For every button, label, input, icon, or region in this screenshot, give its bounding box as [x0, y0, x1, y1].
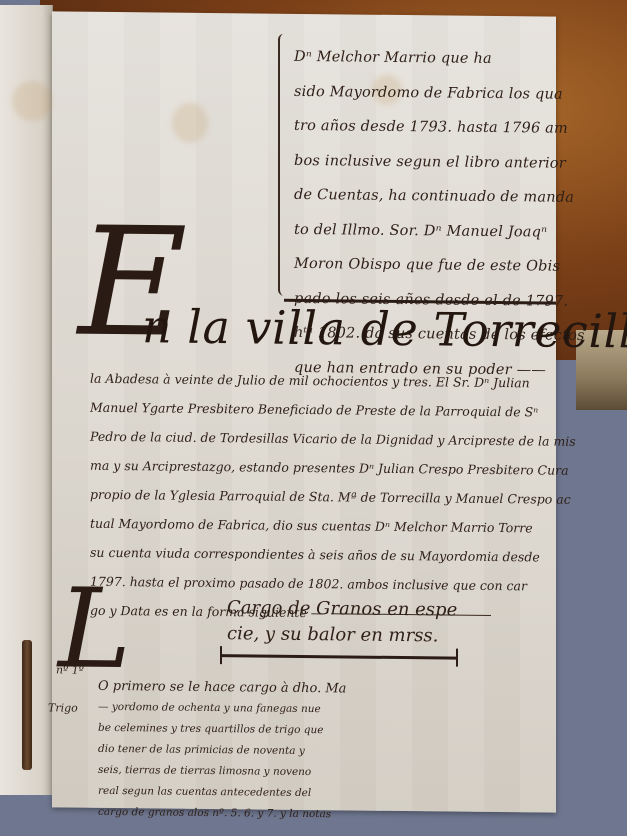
- curly-brace-mark: [278, 34, 290, 296]
- entry-line: — yordomo de ochenta y una fanegas nue: [98, 697, 328, 720]
- header-line: bos inclusive segun el libro anterior: [294, 143, 554, 180]
- header-line: Moron Obispo que fue de este Obis: [294, 247, 554, 284]
- entry-line: dio tener de las primicias de noventa y: [98, 739, 328, 762]
- entry-line: O primero se le hace cargo à dho. Ma: [98, 676, 328, 699]
- water-stain: [12, 81, 52, 121]
- document-title: n la villa de Torrecilla de: [142, 298, 627, 360]
- section-heading: Cargo de Granos en espe cie, y su balor …: [227, 595, 457, 649]
- entry-paragraph: O primero se le hace cargo à dho. Ma — y…: [98, 676, 328, 825]
- section-heading-line: Cargo de Granos en espe: [227, 595, 457, 623]
- header-line: sido Mayordomo de Fabrica los qua: [294, 74, 554, 111]
- section-heading-line: cie, y su balor en mrss.: [227, 621, 457, 649]
- entry-line: real segun las cuentas antecedentes del: [98, 781, 328, 804]
- entry-line: cargo de granos alos nº. 5. 6. y 7. y la…: [98, 802, 328, 825]
- header-note-block: Dⁿ Melchor Marrio que ha sido Mayordomo …: [284, 34, 552, 305]
- margin-entry-number: nº 1º: [56, 663, 84, 677]
- body-paragraph: la Abadesa à veinte de Julio de mil ocho…: [90, 364, 560, 630]
- header-line: Dⁿ Melchor Marrio que ha: [294, 40, 554, 77]
- section-underline-rule: [220, 654, 458, 659]
- book-spine-binding: [22, 640, 32, 770]
- entry-line: be celemines y tres quartillos de trigo …: [98, 718, 328, 741]
- header-line: tro años desde 1793. hasta 1796 am: [294, 109, 554, 146]
- manuscript-page: Dⁿ Melchor Marrio que ha sido Mayordomo …: [52, 11, 556, 812]
- water-stain: [172, 103, 208, 143]
- margin-entry-label: Trigo: [48, 701, 78, 714]
- entry-line: seis, tierras de tierras limosna y noven…: [98, 760, 328, 783]
- header-line: to del Illmo. Sor. Dⁿ Manuel Joaqⁿ: [294, 212, 554, 249]
- header-line: de Cuentas, ha continuado de manda: [294, 178, 554, 215]
